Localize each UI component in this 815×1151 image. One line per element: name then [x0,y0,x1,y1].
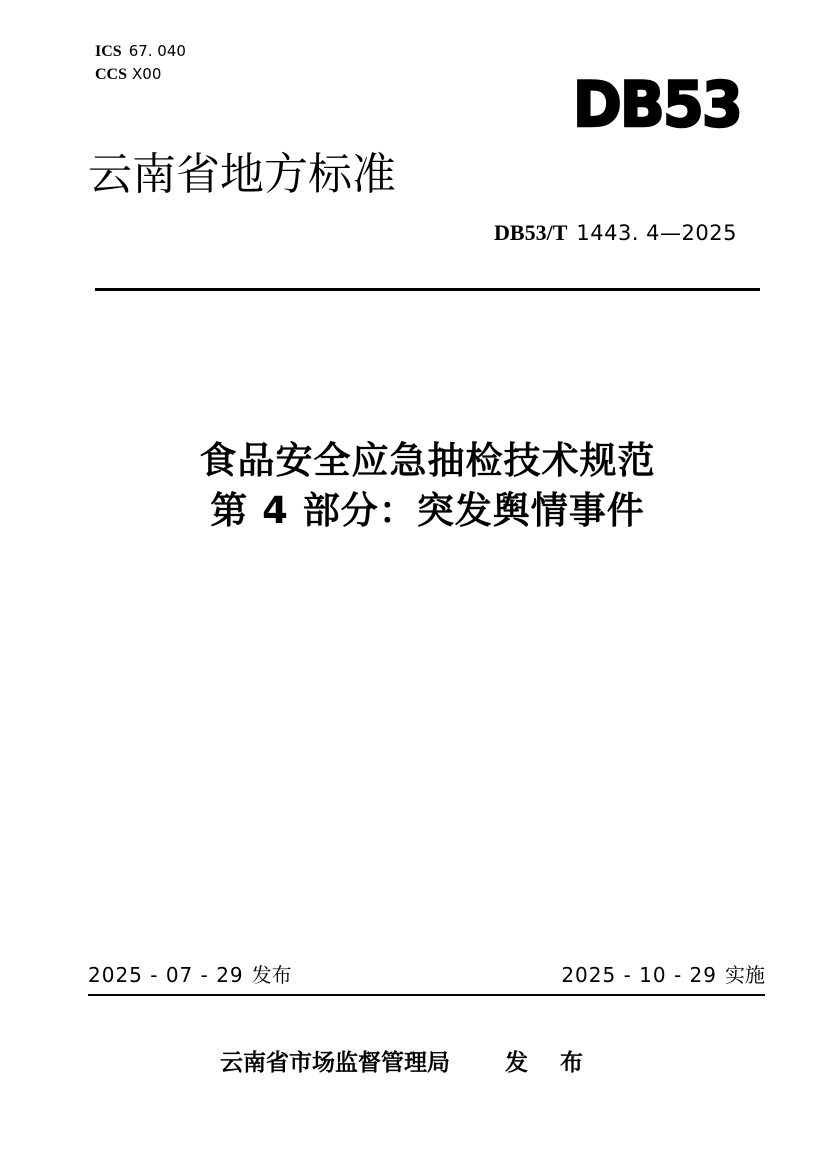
issue-label: 发布 [252,963,292,987]
document-number-value: 1443. 4—2025 [576,221,737,245]
footer-divider [88,994,765,996]
standard-name: 云南省地方标准 [88,150,755,201]
publisher-action: 发 布 [505,1050,595,1076]
publisher-line: 云南省市场监督管理局发 布 [0,1044,815,1077]
document-title-line2: 第 4 部分：突发舆情事件 [75,486,780,536]
ics-code-line: ICS67. 040 [95,40,186,63]
classification-codes: ICS67. 040 CCSX00 [95,40,186,86]
implement-date-item: 2025 - 10 - 29实施 [561,959,765,988]
document-number: DB53/T1443. 4—2025 [494,220,737,246]
ccs-value: X00 [132,65,161,83]
issue-date: 2025 - 07 - 29 [88,963,244,987]
header-divider [95,288,760,291]
implement-label: 实施 [725,963,765,987]
publisher-name: 云南省市场监督管理局 [220,1050,450,1076]
db53-logo: DB53 [573,74,741,136]
ics-label: ICS [95,43,122,60]
document-title: 食品安全应急抽检技术规范 第 4 部分：突发舆情事件 [75,436,780,536]
implement-date: 2025 - 10 - 29 [561,963,717,987]
ccs-code-line: CCSX00 [95,63,186,86]
ccs-label: CCS [95,66,127,83]
standard-cover-page: ICS67. 040 CCSX00 DB53 云南省地方标准 DB53/T144… [0,0,815,1151]
document-number-code: DB53/T [494,220,567,245]
issue-date-item: 2025 - 07 - 29发布 [88,959,292,988]
ics-value: 67. 040 [129,42,186,60]
document-title-line1: 食品安全应急抽检技术规范 [75,436,780,486]
dates-row: 2025 - 07 - 29发布 2025 - 10 - 29实施 [88,959,765,988]
